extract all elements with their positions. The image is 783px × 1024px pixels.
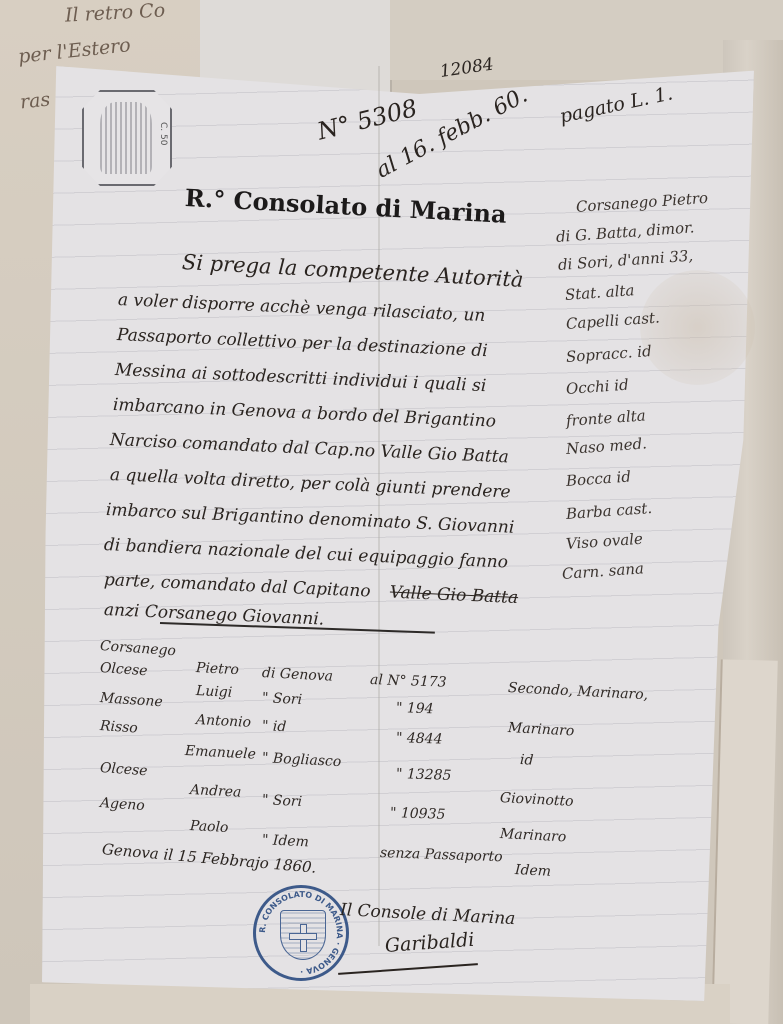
background-sheet-right-torn [711,659,778,1024]
place-cell: " Idem [262,832,310,850]
savoy-cross-seal-icon: R. CONSOLATO DI MARINA · GENOVA · [253,885,349,981]
surname-cell: Olcese [99,760,148,779]
number-cell: " 13285 [396,766,452,784]
name-cell: Pietro [196,660,240,678]
role-cell: Marinaro [500,826,567,845]
coat-of-arms-castle-icon [100,102,152,174]
revenue-stamp: C. 50 [82,90,172,186]
seal-ring-text: R. CONSOLATO DI MARINA · GENOVA · [256,888,346,978]
name-cell: Antonio [196,712,252,731]
name-cell: Paolo [190,818,229,836]
role-cell: Marinaro [508,720,575,739]
name-cell: Luigi [196,683,233,701]
number-cell: " 10935 [390,805,446,823]
surname-cell: Ageno [99,795,145,814]
place-cell: " Sori [262,690,303,708]
place-cell: " id [262,718,287,735]
background-handwriting-line: ras [19,88,51,113]
surname-cell: Risso [99,718,138,737]
name-cell: Andrea [190,782,242,801]
stamp-value: C. 50 [158,122,168,145]
number-cell: al N° 5173 [370,672,447,691]
role-cell: id [520,752,534,769]
water-stain [640,270,755,385]
surname-cell: Olcese [99,660,148,679]
svg-text:R. CONSOLATO DI MARINA · GENOV: R. CONSOLATO DI MARINA · GENOVA · [258,890,344,976]
number-cell: " 194 [396,700,434,717]
place-cell: " Sori [262,792,303,810]
number-cell: " 4844 [396,730,443,748]
role-cell: Idem [515,862,552,880]
